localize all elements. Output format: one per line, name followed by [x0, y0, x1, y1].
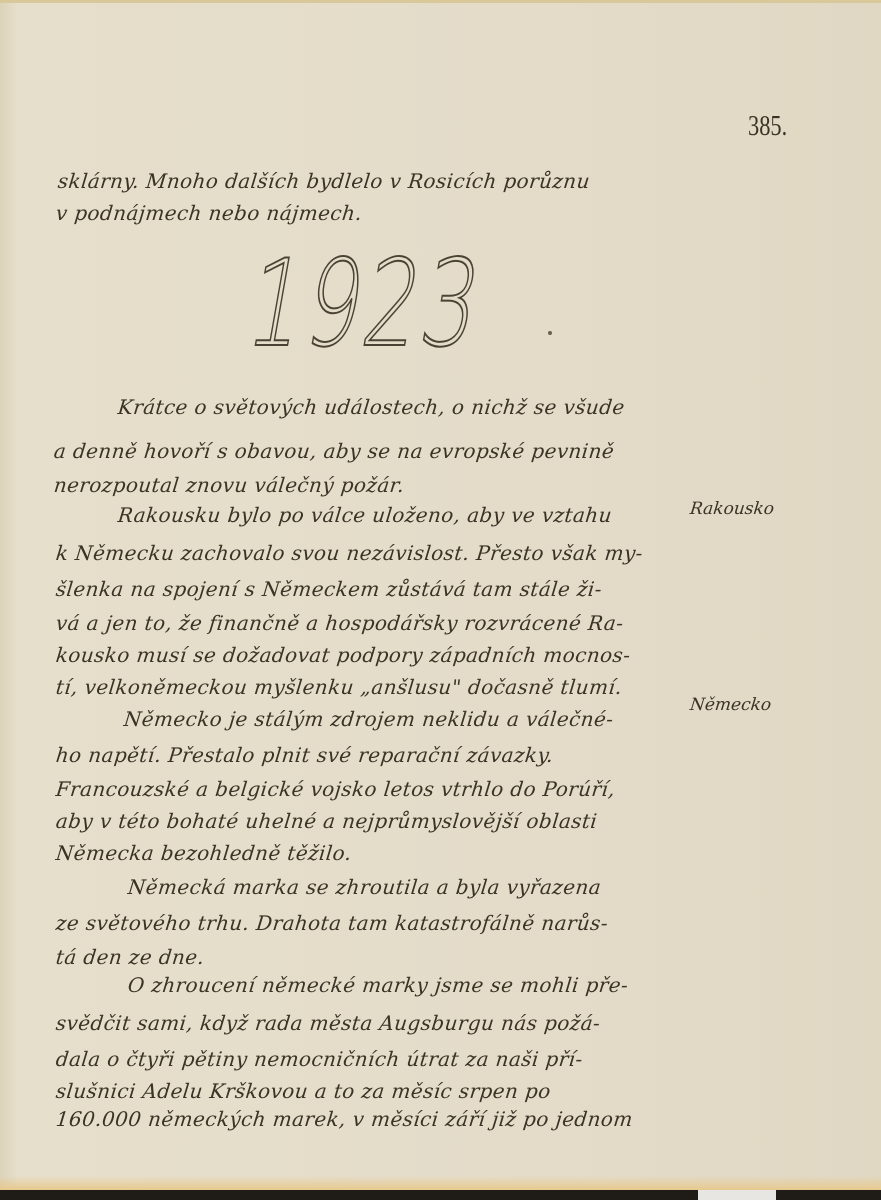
- text-line: svědčit sami, když rada města Augsburgu …: [55, 1011, 602, 1035]
- text-line: aby v této bohaté uhelné a nejprůmyslově…: [55, 809, 599, 833]
- text-line: Německa bezohledně těžilo.: [55, 841, 353, 865]
- margin-note-nemecko: Německo: [689, 695, 772, 715]
- text-line: sklárny. Mnoho dalších bydlelo v Rosicíc…: [57, 169, 592, 193]
- text-line: nerozpoutal znovu válečný požár.: [53, 473, 406, 497]
- text-line: slušnici Adelu Krškovou a to za měsíc sr…: [55, 1079, 552, 1103]
- text-line: 160.000 německých marek, v měsíci září j…: [55, 1107, 634, 1131]
- text-line: v podnájmech nebo nájmech.: [55, 201, 364, 225]
- scan-bottom-edge: [0, 1190, 881, 1200]
- text-line: ho napětí. Přestalo plnit své reparační …: [55, 743, 555, 767]
- paragraph-start-line: Německá marka se zhroutila a byla vyřaze…: [127, 875, 603, 899]
- text-line: tí, velkoněmeckou myšlenku „anšlusu" doč…: [55, 675, 624, 699]
- margin-note-rakousko: Rakousko: [689, 499, 775, 519]
- text-line: a denně hovoří s obavou, aby se na evrop…: [53, 439, 616, 463]
- scan-bottom-tab: [698, 1190, 776, 1200]
- page-number: 385.: [748, 111, 787, 143]
- text-line: šlenka na spojení s Německem zůstává tam…: [55, 577, 603, 601]
- text-line: vá a jen to, že finančně a hospodářsky r…: [55, 611, 625, 635]
- text-line: ze světového trhu. Drahota tam katastrof…: [55, 911, 610, 935]
- year-heading-dot: [548, 331, 552, 335]
- paragraph-start-line: Krátce o světových událostech, o nichž s…: [117, 395, 626, 419]
- text-line: Francouzské a belgické vojsko letos vtrh…: [55, 777, 617, 801]
- text-line: k Německu zachovalo svou nezávislost. Př…: [55, 541, 644, 565]
- manuscript-page: 385. sklárny. Mnoho dalších bydlelo v Ro…: [0, 0, 881, 1190]
- paragraph-start-line: Rakousku bylo po válce uloženo, aby ve v…: [117, 503, 614, 527]
- year-heading: 1923: [237, 235, 493, 374]
- paragraph-start-line: Německo je stálým zdrojem neklidu a vále…: [123, 707, 615, 731]
- text-line: kousko musí se dožadovat podpory západní…: [55, 643, 632, 667]
- text-line: dala o čtyři pětiny nemocničních útrat z…: [55, 1047, 584, 1071]
- paragraph-start-line: O zhroucení německé marky jsme se mohli …: [127, 973, 630, 997]
- text-line: tá den ze dne.: [55, 945, 206, 969]
